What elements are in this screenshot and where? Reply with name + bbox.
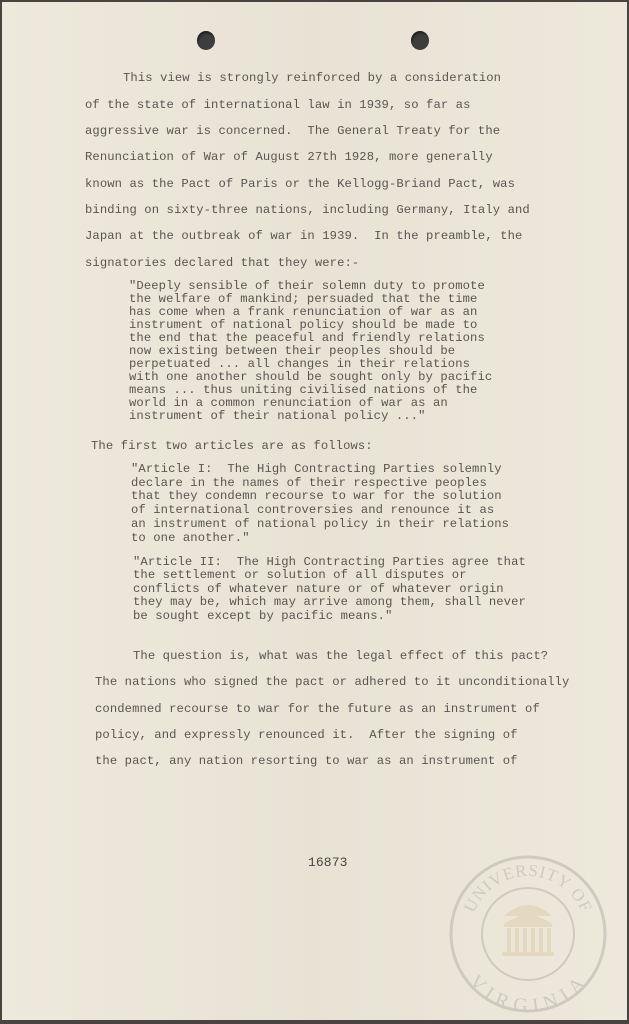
- text-line: Renunciation of War of August 27th 1928,…: [85, 150, 493, 164]
- text-line: The question is, what was the legal effe…: [133, 649, 548, 663]
- quote-line: they may be, which may arrive among them…: [133, 596, 526, 609]
- text-line: the pact, any nation resorting to war as…: [95, 754, 518, 768]
- quote-line: the settlement or solution of all disput…: [133, 569, 467, 582]
- text-line: This view is strongly reinforced by a co…: [123, 71, 501, 85]
- quote-line: to one another.": [131, 532, 250, 545]
- quote-line: be sought except by pacific means.": [133, 610, 392, 623]
- rotunda-seal-icon: UNIVERSITY OF VIRGINIA: [448, 854, 608, 1014]
- quote-line: of international controversies and renou…: [131, 504, 494, 517]
- quote-line: an instrument of national policy in thei…: [131, 518, 509, 531]
- text-line: aggressive war is concerned. The General…: [85, 124, 500, 138]
- text-line: of the state of international law in 193…: [85, 98, 471, 112]
- quote-line: instrument of their national policy ...": [129, 410, 426, 423]
- punch-hole-left: [197, 31, 215, 50]
- articles-intro: The first two articles are as follows:: [91, 439, 373, 453]
- page-number: 16873: [308, 855, 348, 870]
- punch-hole-right: [411, 31, 429, 50]
- quote-line: "Article I: The High Contracting Parties…: [131, 463, 502, 476]
- text-line: condemned recourse to war for the future…: [95, 702, 540, 716]
- text-line: Japan at the outbreak of war in 1939. In…: [85, 229, 522, 243]
- text-line: signatories declared that they were:-: [85, 256, 359, 270]
- document-page: This view is strongly reinforced by a co…: [2, 2, 627, 1020]
- quote-line: that they condemn recourse to war for th…: [131, 490, 502, 503]
- text-line: policy, and expressly renounced it. Afte…: [95, 728, 518, 742]
- svg-text:VIRGINIA: VIRGINIA: [464, 971, 591, 1014]
- seal-bottom-text: VIRGINIA: [464, 971, 591, 1014]
- text-line: known as the Pact of Paris or the Kellog…: [85, 177, 515, 191]
- text-line: binding on sixty-three nations, includin…: [85, 203, 530, 217]
- text-line: The nations who signed the pact or adher…: [95, 675, 569, 689]
